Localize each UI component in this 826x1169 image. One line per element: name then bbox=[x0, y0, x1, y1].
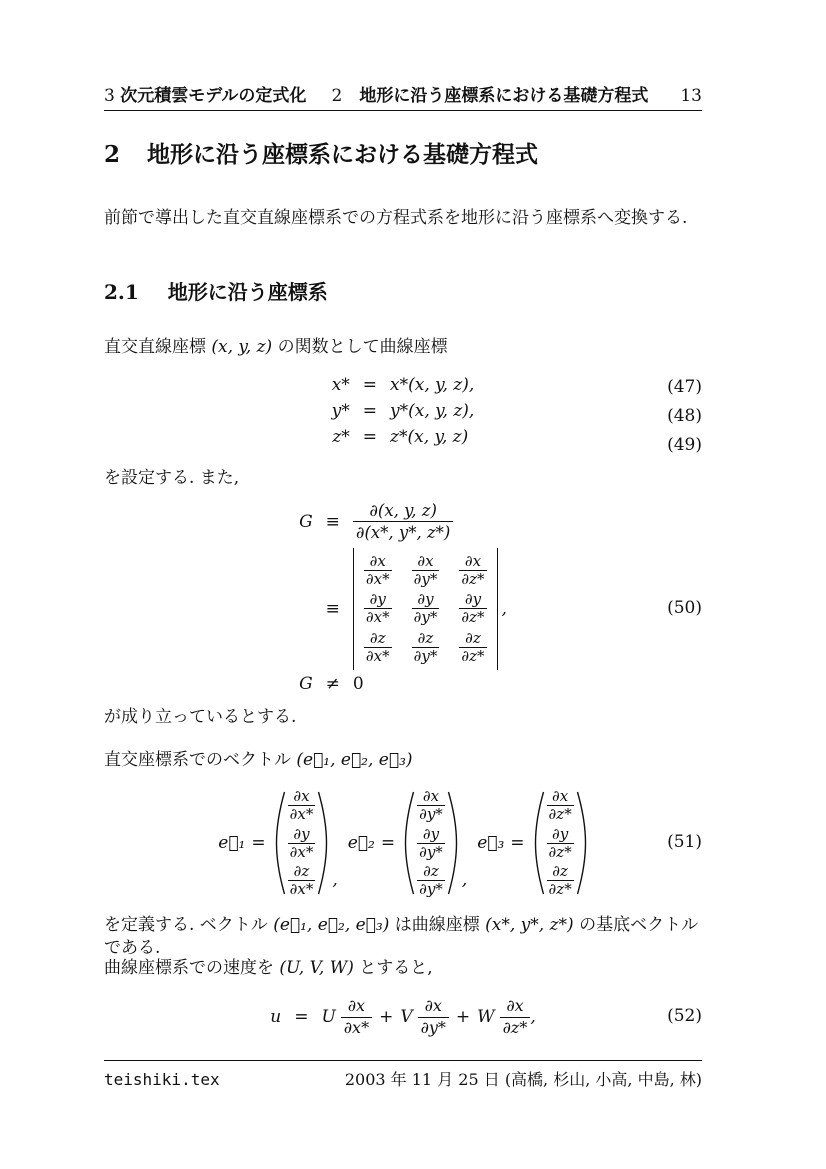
fraction-numerator: ∂x bbox=[288, 788, 316, 806]
text-run: を設定する. また, bbox=[104, 468, 239, 488]
text-run: 3 bbox=[104, 86, 120, 106]
section-title: 地形に沿う座標系における基礎方程式 bbox=[147, 142, 538, 170]
velocity-V: V bbox=[400, 1007, 412, 1027]
eq47-rel: = bbox=[363, 375, 377, 395]
fraction-numerator: ∂y bbox=[412, 591, 440, 609]
text-run: 2 bbox=[332, 86, 343, 106]
equation-number-47: (47) bbox=[667, 377, 702, 397]
basis-vector-2: e⃗₂ = ∂x∂y* ∂y∂y* ∂z∂y* , bbox=[348, 788, 477, 898]
fraction-denominator: ∂y* bbox=[417, 806, 445, 823]
equation-number-52: (52) bbox=[667, 1006, 702, 1026]
eq50-rel1: ≡ bbox=[326, 512, 340, 532]
basis-vector-1: e⃗₁ = ∂x∂x* ∂y∂x* ∂z∂x* , bbox=[218, 788, 347, 898]
vector-name: e⃗₂ bbox=[348, 833, 375, 853]
fraction-denominator: ∂y* bbox=[418, 1018, 449, 1039]
fraction-numerator: ∂x bbox=[459, 553, 486, 571]
vector-component: ∂y∂y* bbox=[417, 826, 445, 861]
fraction-denominator: ∂x* bbox=[364, 571, 392, 588]
separator-comma: , bbox=[332, 870, 337, 898]
eq49-rel: = bbox=[363, 427, 377, 447]
fraction-numerator: ∂x bbox=[418, 996, 449, 1018]
term-fraction: ∂x∂y* bbox=[418, 996, 449, 1039]
header-section-mark: 2 地形に沿う座標系における基礎方程式 bbox=[332, 86, 649, 107]
fraction-denominator: ∂y* bbox=[417, 844, 445, 861]
fraction-numerator: ∂z bbox=[547, 863, 574, 881]
fraction-denominator: ∂x* bbox=[364, 609, 392, 626]
fraction-denominator: ∂x* bbox=[288, 881, 316, 898]
footer-date-authors: 2003 年 11 月 25 日 (高橋, 杉山, 小高, 中島, 林) bbox=[345, 1067, 702, 1090]
equation-51: e⃗₁ = ∂x∂x* ∂y∂x* ∂z∂x* , e⃗₂ = ∂x∂y* ∂y… bbox=[104, 788, 702, 898]
matrix-cell: ∂x∂x* bbox=[364, 553, 392, 588]
equation-array: x* = x*(x, y, z), y* = y*(x, y, z), z* =… bbox=[332, 375, 475, 447]
fraction-numerator: ∂z bbox=[288, 863, 316, 881]
fraction-numerator: ∂z bbox=[364, 630, 392, 648]
text-run: (x, y, z) bbox=[211, 337, 272, 357]
equation-number-51: (51) bbox=[667, 832, 702, 852]
text-run: (x*, y*, z*) bbox=[485, 915, 574, 935]
fraction-numerator: ∂y bbox=[459, 591, 486, 609]
vector-component: ∂y∂z* bbox=[547, 826, 574, 861]
column-vector: ∂x∂y* ∂y∂y* ∂z∂y* bbox=[417, 788, 445, 898]
fraction-numerator: ∂x bbox=[500, 996, 531, 1018]
subsection-number: 2.1 bbox=[104, 280, 139, 304]
fraction-denominator: ∂z* bbox=[459, 571, 486, 588]
eq50-rhs3: 0 bbox=[353, 674, 364, 694]
determinant-matrix: ∂x∂x* ∂x∂y* ∂x∂z* ∂y∂x* ∂y∂y* ∂y∂z* ∂z∂x… bbox=[353, 548, 498, 670]
fraction-denominator: ∂z* bbox=[547, 806, 574, 823]
text-run: (e⃗₁, e⃗₂, e⃗₃) bbox=[296, 750, 412, 770]
equation-number-48: (48) bbox=[667, 406, 702, 426]
eq52-rel: = bbox=[294, 1007, 308, 1027]
plus-sign: + bbox=[456, 1007, 470, 1027]
separator-comma: , bbox=[462, 870, 467, 898]
matrix-cell: ∂z∂z* bbox=[459, 630, 486, 665]
section-heading: 2 地形に沿う座標系における基礎方程式 bbox=[104, 141, 702, 170]
text-run: 前節で導出した直交直線座標系での方程式系を地形に沿う座標系へ変換する. bbox=[104, 208, 687, 228]
paragraph-define: を定義する. ベクトル (e⃗₁, e⃗₂, e⃗₃) は曲線座標 (x*, y… bbox=[104, 914, 702, 960]
vector-component: ∂z∂y* bbox=[417, 863, 445, 898]
matrix-cell: ∂y∂z* bbox=[459, 591, 486, 626]
header-rule bbox=[104, 110, 702, 111]
matrix-cell: ∂y∂x* bbox=[364, 591, 392, 626]
page-footer: teishiki.tex 2003 年 11 月 25 日 (高橋, 杉山, 小… bbox=[104, 1067, 702, 1090]
matrix-cell: ∂x∂y* bbox=[412, 553, 440, 588]
equation-47-49: x* = x*(x, y, z), y* = y*(x, y, z), z* =… bbox=[104, 375, 702, 461]
eq47-rhs: x*(x, y, z), bbox=[390, 375, 474, 395]
text-run: 次元積雲モデルの定式化 bbox=[120, 86, 306, 106]
eq50-rel3: ≠ bbox=[326, 674, 340, 694]
jacobian-fraction: ∂(x, y, z) ∂(x*, y*, z*) bbox=[353, 500, 453, 544]
eq49-rhs: z*(x, y, z) bbox=[390, 427, 468, 447]
determinant: ∂x∂x* ∂x∂y* ∂x∂z* ∂y∂x* ∂y∂y* ∂y∂z* ∂z∂x… bbox=[353, 548, 507, 670]
subsection-heading: 2.1 地形に沿う座標系 bbox=[104, 280, 702, 304]
eq50-rel2: ≡ bbox=[326, 599, 340, 619]
equation-content: u = U ∂x∂x* + V ∂x∂y* + W ∂x∂z* , bbox=[270, 996, 536, 1039]
paragraph-holds: が成り立っているとする. bbox=[104, 706, 702, 729]
paragraph-velocity: 曲線座標系での速度を (U, V, W) とすると, bbox=[104, 957, 702, 980]
vector-component: ∂x∂z* bbox=[547, 788, 574, 823]
fraction-denominator: ∂y* bbox=[412, 609, 440, 626]
fraction-numerator: ∂y bbox=[288, 826, 316, 844]
left-paren-icon bbox=[274, 790, 286, 896]
fraction-numerator: ∂y bbox=[547, 826, 574, 844]
vector-component: ∂z∂x* bbox=[288, 863, 316, 898]
fraction-denominator: ∂z* bbox=[500, 1018, 531, 1039]
eq52-lhs: u bbox=[270, 1007, 281, 1027]
velocity-W: W bbox=[477, 1007, 494, 1027]
text-run: は曲線座標 bbox=[389, 915, 485, 935]
vector-component: ∂x∂y* bbox=[417, 788, 445, 823]
term-fraction: ∂x∂z* bbox=[500, 996, 531, 1039]
fraction-numerator: ∂x bbox=[364, 553, 392, 571]
text-run: 地形に沿う座標系における基礎方程式 bbox=[342, 86, 648, 106]
text-run: 曲線座標系での速度を bbox=[104, 958, 279, 978]
equation-number-49: (49) bbox=[667, 435, 702, 455]
equals-sign: = bbox=[510, 833, 524, 853]
column-vector: ∂x∂x* ∂y∂x* ∂z∂x* bbox=[288, 788, 316, 898]
fraction-denominator: ∂z* bbox=[459, 648, 486, 665]
eq50-lhs: G bbox=[299, 512, 313, 532]
fraction-denominator: ∂(x*, y*, z*) bbox=[353, 522, 453, 543]
basis-vector-3: e⃗₃ = ∂x∂z* ∂y∂z* ∂z∂z* bbox=[477, 788, 588, 898]
matrix-cell: ∂y∂y* bbox=[412, 591, 440, 626]
velocity-U: U bbox=[321, 1007, 335, 1027]
fraction-numerator: ∂x bbox=[412, 553, 440, 571]
fraction-numerator: ∂x bbox=[341, 996, 372, 1018]
vector-name: e⃗₃ bbox=[477, 833, 504, 853]
text-run: が成り立っているとする. bbox=[104, 707, 296, 727]
vector-component: ∂x∂x* bbox=[288, 788, 316, 823]
equation-52: u = U ∂x∂x* + V ∂x∂y* + W ∂x∂z* , (52) bbox=[104, 995, 702, 1039]
matrix-cell: ∂z∂x* bbox=[364, 630, 392, 665]
subsection-title: 地形に沿う座標系 bbox=[168, 280, 328, 304]
fraction-denominator: ∂y* bbox=[417, 881, 445, 898]
fraction-denominator: ∂z* bbox=[459, 609, 486, 626]
equation-number-50: (50) bbox=[667, 598, 702, 618]
paragraph-vectors: 直交座標系でのベクトル (e⃗₁, e⃗₂, e⃗₃) bbox=[104, 749, 702, 772]
eq48-rel: = bbox=[363, 401, 377, 421]
text-run: 2003 年 11 月 25 日 (高橋, 杉山, 小高, 中島, 林) bbox=[345, 1070, 702, 1089]
fraction-numerator: ∂(x, y, z) bbox=[353, 500, 453, 522]
paragraph-coords: 直交直線座標 (x, y, z) の関数として曲線座標 bbox=[104, 336, 702, 359]
fraction-numerator: ∂x bbox=[547, 788, 574, 806]
fraction-denominator: ∂z* bbox=[547, 844, 574, 861]
vector-component: ∂z∂z* bbox=[547, 863, 574, 898]
eq47-lhs: x* bbox=[332, 375, 350, 395]
eq50-lhs3: G bbox=[299, 674, 313, 694]
equals-sign: = bbox=[251, 833, 265, 853]
paragraph-setup: を設定する. また, bbox=[104, 467, 702, 490]
section-number: 2 bbox=[104, 141, 120, 169]
right-paren-icon bbox=[576, 790, 588, 896]
text-run: 直交座標系でのベクトル bbox=[104, 750, 296, 770]
footer-filename: teishiki.tex bbox=[104, 1070, 220, 1089]
vector-component: ∂y∂x* bbox=[288, 826, 316, 861]
plus-sign: + bbox=[379, 1007, 393, 1027]
page-header: 3 次元積雲モデルの定式化 2 地形に沿う座標系における基礎方程式 13 bbox=[104, 86, 702, 107]
text-run: を定義する. ベクトル bbox=[104, 915, 273, 935]
eq48-lhs: y* bbox=[332, 401, 350, 421]
paragraph-intro: 前節で導出した直交直線座標系での方程式系を地形に沿う座標系へ変換する. bbox=[104, 207, 702, 230]
page-number: 13 bbox=[680, 86, 702, 107]
matrix-cell: ∂x∂z* bbox=[459, 553, 486, 588]
vector-name: e⃗₁ bbox=[218, 833, 245, 853]
fraction-numerator: ∂y bbox=[364, 591, 392, 609]
equation-50: G ≡ ∂(x, y, z) ∂(x*, y*, z*) ≡ ∂x∂x* ∂x∂… bbox=[104, 500, 702, 700]
fraction-numerator: ∂z bbox=[459, 630, 486, 648]
text-run: (U, V, W) bbox=[279, 958, 353, 978]
eq49-lhs: z* bbox=[332, 427, 349, 447]
fraction-denominator: ∂x* bbox=[364, 648, 392, 665]
matrix-cell: ∂z∂y* bbox=[412, 630, 440, 665]
eq48-rhs: y*(x, y, z), bbox=[390, 401, 474, 421]
equation-array: G ≡ ∂(x, y, z) ∂(x*, y*, z*) ≡ ∂x∂x* ∂x∂… bbox=[299, 500, 507, 694]
right-paren-icon bbox=[317, 790, 329, 896]
fraction-numerator: ∂z bbox=[412, 630, 440, 648]
term-fraction: ∂x∂x* bbox=[341, 996, 372, 1039]
fraction-denominator: ∂z* bbox=[547, 881, 574, 898]
header-left: 3 次元積雲モデルの定式化 bbox=[104, 86, 306, 107]
left-paren-icon bbox=[533, 790, 545, 896]
eq50-comma: , bbox=[502, 599, 507, 619]
text-run: の関数として曲線座標 bbox=[272, 337, 447, 357]
document-page: 3 次元積雲モデルの定式化 2 地形に沿う座標系における基礎方程式 13 2 地… bbox=[0, 0, 826, 1169]
fraction-denominator: ∂x* bbox=[341, 1018, 372, 1039]
footer-rule bbox=[104, 1060, 702, 1061]
fraction-denominator: ∂x* bbox=[288, 806, 316, 823]
eq52-comma: , bbox=[530, 1007, 535, 1027]
fraction-denominator: ∂x* bbox=[288, 844, 316, 861]
text-run: (e⃗₁, e⃗₂, e⃗₃) bbox=[273, 915, 389, 935]
fraction-denominator: ∂y* bbox=[412, 648, 440, 665]
fraction-numerator: ∂z bbox=[417, 863, 445, 881]
fraction-numerator: ∂y bbox=[417, 826, 445, 844]
text-run: 直交直線座標 bbox=[104, 337, 211, 357]
right-paren-icon bbox=[447, 790, 459, 896]
fraction-numerator: ∂x bbox=[417, 788, 445, 806]
column-vector: ∂x∂z* ∂y∂z* ∂z∂z* bbox=[547, 788, 574, 898]
left-paren-icon bbox=[403, 790, 415, 896]
equals-sign: = bbox=[381, 833, 395, 853]
text-run: とすると, bbox=[354, 958, 433, 978]
equation-content: e⃗₁ = ∂x∂x* ∂y∂x* ∂z∂x* , e⃗₂ = ∂x∂y* ∂y… bbox=[218, 788, 587, 898]
fraction-denominator: ∂y* bbox=[412, 571, 440, 588]
